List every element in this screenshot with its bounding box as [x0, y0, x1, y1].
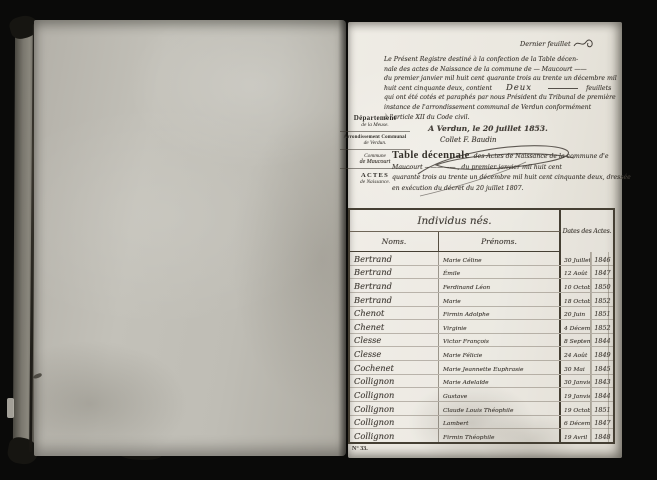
decennial-heading: Table décennaledes Actes de Naissance de… — [392, 151, 622, 194]
cell-prenom: Lambert — [439, 416, 561, 429]
heading-line-3: quarante trois au trente un décembre mil… — [392, 173, 622, 184]
cell-nom: Bertrand — [350, 252, 439, 265]
cell-prenom: Virginie — [439, 320, 561, 333]
date-column-rule — [608, 252, 609, 442]
cell-date: 20 Juin — [561, 307, 591, 320]
cell-annee: 1850 — [591, 279, 613, 292]
heading-line-1: Table décennaledes Actes de Naissance de… — [392, 151, 622, 163]
cell-nom: Chenot — [350, 307, 439, 320]
cell-nom: Bertrand — [350, 279, 439, 292]
cell-prenom: Marie Céline — [439, 252, 561, 265]
cell-date: 8 Septembre — [561, 334, 591, 347]
table-row: Collignon Firmin Théophile 19 Avril 1848 — [350, 429, 613, 442]
heading-line-2: Maucourt ————— , du premier janvier mil … — [392, 163, 622, 174]
archival-scan: Dernier feuillet Le Présent Registre des… — [0, 0, 657, 480]
cell-date: 18 Octobre — [561, 293, 591, 306]
register-statement: Le Présent Registre destiné à la confect… — [384, 55, 620, 122]
feuillets-count: Deux — [506, 83, 532, 93]
statement-line: Le Présent Registre destiné à la confect… — [384, 55, 620, 65]
cell-nom: Bertrand — [350, 266, 439, 279]
decennial-table: Individus nés. Dates des Actes. Noms. Pr… — [348, 208, 615, 444]
table-row: Bertrand Ferdinand Léon 10 Octobre 1850 — [350, 279, 613, 293]
cell-date: 30 Mai — [561, 361, 591, 374]
cell-date: 19 Octobre — [561, 402, 591, 415]
cell-nom: Bertrand — [350, 293, 439, 306]
table-row: Chenot Firmin Adolphe 20 Juin 1851 — [350, 307, 613, 321]
register-page: Dernier feuillet Le Présent Registre des… — [348, 22, 622, 458]
cell-prenom: Victor François — [439, 334, 561, 347]
table-body: Bertrand Marie Céline 30 Juillet 1846 Be… — [350, 252, 613, 442]
table-row: Collignon Lambert 6 Décembre 1847 — [350, 416, 613, 430]
statement-line-contient: huit cent cinquante deux, contientDeuxfe… — [384, 84, 620, 94]
cell-annee: 1844 — [591, 334, 613, 347]
cell-prenom: Émile — [439, 266, 561, 279]
cell-annee: 1851 — [591, 307, 613, 320]
cell-annee: 1849 — [591, 347, 613, 360]
stamp-departement-value: de la Meuse. — [340, 122, 410, 128]
cell-nom: Collignon — [350, 388, 439, 401]
table-row: Chenet Virginie 4 Décembre 1852 — [350, 320, 613, 334]
feuillets-suffix: feuillets — [586, 85, 611, 92]
corner-annotation: Dernier feuillet — [520, 38, 595, 50]
cell-prenom: Ferdinand Léon — [439, 279, 561, 292]
archive-mark: N° 33. — [352, 446, 368, 452]
corner-annotation-text: Dernier feuillet — [520, 40, 571, 48]
cell-annee: 1847 — [591, 416, 613, 429]
table-row: Clesse Victor François 8 Septembre 1844 — [350, 334, 613, 348]
cell-prenom: Firmin Adolphe — [439, 307, 561, 320]
statement-line: du premier janvier mil huit cent quarant… — [384, 74, 620, 84]
table-row: Collignon Marie Adelaïde 30 Janvier 1843 — [350, 375, 613, 389]
cell-prenom: Firmin Théophile — [439, 429, 561, 442]
table-row: Collignon Claude Louis Théophile 19 Octo… — [350, 402, 613, 416]
cell-annee: 1848 — [591, 429, 613, 442]
table-header-noms: Noms. — [350, 232, 439, 252]
table-header-prenoms: Prénoms. — [439, 232, 561, 252]
table-row: Bertrand Émile 12 Août 1847 — [350, 266, 613, 280]
stamp-arrondissement-value: de Verdun. — [340, 140, 410, 146]
cell-nom: Collignon — [350, 429, 439, 442]
table-row: Bertrand Marie Céline 30 Juillet 1846 — [350, 252, 613, 266]
cell-date: 30 Juillet — [561, 252, 591, 265]
cell-annee: 1851 — [591, 402, 613, 415]
cell-date: 19 Janvier — [561, 388, 591, 401]
table-row: Clesse Marie Félicie 24 Août 1849 — [350, 347, 613, 361]
cell-nom: Chenet — [350, 320, 439, 333]
statement-line: qui ont été cotés et paraphés par nous P… — [384, 93, 620, 103]
cell-annee: 1852 — [591, 293, 613, 306]
table-row: Collignon Gustave 19 Janvier 1844 — [350, 388, 613, 402]
cell-nom: Collignon — [350, 375, 439, 388]
cell-annee: 1846 — [591, 252, 613, 265]
table-row: Bertrand Marie 18 Octobre 1852 — [350, 293, 613, 307]
cell-date: 6 Décembre — [561, 416, 591, 429]
cell-nom: Collignon — [350, 416, 439, 429]
stamp-departement: Département de la Meuse. — [340, 114, 410, 132]
cell-prenom: Marie — [439, 293, 561, 306]
cell-date: 4 Décembre — [561, 320, 591, 333]
stamp-arrondissement: Arrondissement Communal de Verdun. — [340, 135, 410, 150]
cell-nom: Clesse — [350, 347, 439, 360]
pen-dash — [548, 88, 578, 89]
stamp-departement-label: Département — [340, 114, 410, 122]
cell-annee: 1843 — [591, 375, 613, 388]
cell-prenom: Marie Jeannette Euphrasie — [439, 361, 561, 374]
cell-prenom: Marie Adelaïde — [439, 375, 561, 388]
table-header-dates: Dates des Actes. — [561, 210, 613, 252]
heading-line1-rest: des Actes de Naissance de la commune d'e — [474, 153, 609, 160]
cell-date: 24 Août — [561, 347, 591, 360]
book-clasp — [7, 398, 14, 418]
cell-annee: 1847 — [591, 266, 613, 279]
heading-line-4: en exécution du décret du 20 juillet 180… — [392, 184, 622, 195]
cell-date: 30 Janvier — [561, 375, 591, 388]
statement-line: à l'article XII du Code civil. — [384, 113, 620, 123]
cell-annee: 1845 — [591, 361, 613, 374]
cell-prenom: Marie Félicie — [439, 347, 561, 360]
cell-nom: Collignon — [350, 402, 439, 415]
blank-left-page — [34, 20, 346, 456]
cell-date: 10 Octobre — [561, 279, 591, 292]
table-header-individus: Individus nés. — [350, 210, 561, 232]
cell-date: 12 Août — [561, 266, 591, 279]
cell-date: 19 Avril — [561, 429, 591, 442]
statement-contient-prefix: huit cent cinquante deux, contient — [384, 85, 492, 92]
heading-title: Table décennale — [392, 150, 470, 161]
statement-line: nale des actes de Naissance de la commun… — [384, 65, 620, 75]
table-row: Cochenet Marie Jeannette Euphrasie 30 Ma… — [350, 361, 613, 375]
cell-annee: 1852 — [591, 320, 613, 333]
cell-annee: 1844 — [591, 388, 613, 401]
statement-line: instance de l'arrondissement communal de… — [384, 103, 620, 113]
cell-nom: Clesse — [350, 334, 439, 347]
cell-prenom: Claude Louis Théophile — [439, 402, 561, 415]
cell-nom: Cochenet — [350, 361, 439, 374]
paraph-flourish-icon — [573, 38, 595, 50]
cell-prenom: Gustave — [439, 388, 561, 401]
